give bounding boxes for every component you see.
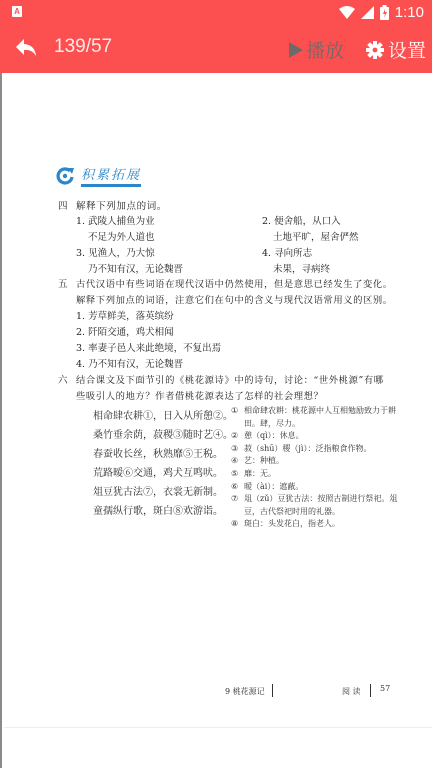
- play-icon: [288, 41, 304, 59]
- q5-item: 4. 乃不知有汉，无论魏晋: [76, 356, 183, 370]
- play-label: 播放: [306, 36, 344, 63]
- q4-item: 2. 便舍船，从口入: [262, 213, 341, 227]
- footer-page-number: 57: [380, 684, 390, 693]
- signal-icon: [361, 6, 374, 19]
- wifi-icon: [339, 6, 355, 19]
- q4-item-sub: 乃不知有汉，无论魏晋: [88, 261, 183, 275]
- footnote: ⑦俎（zǔ）豆犹古法：按照古制进行祭祀。俎: [231, 493, 421, 506]
- q4-item: 3. 见渔人，乃大惊: [76, 245, 155, 259]
- clock: 1:10: [395, 4, 424, 21]
- footnote: ⑥暧（ài）：遮蔽。: [231, 481, 421, 494]
- section-title: 积累拓展: [81, 164, 141, 187]
- battery-icon: [380, 5, 389, 20]
- footnote: ⑧斑白：头发花白，指老人。: [231, 518, 421, 531]
- footnote: ①相命肆农耕：桃花源中人互相勉励致力于耕: [231, 405, 421, 418]
- settings-label: 设置: [388, 36, 426, 63]
- page-bottom-divider: [4, 727, 432, 728]
- q4-item: 1. 武陵人捕鱼为业: [76, 213, 155, 227]
- question-number: 五: [58, 276, 68, 290]
- poem-excerpt: 相命肆农耕①，日入从所憩②。 桑竹垂余荫，菽稷③随时艺④。 春蚕收长丝，秋熟靡⑤…: [93, 407, 233, 521]
- q4-item: 4. 寻向所志: [262, 245, 312, 259]
- footnote: ②憩（qì）：休息。: [231, 430, 421, 443]
- app-bar: 139/57 播放 设置: [0, 24, 432, 73]
- question-prompt: 解释下列加点的词语，注意它们在句中的含义与现代汉语常用义的区别。: [76, 292, 393, 306]
- question-prompt: 些吸引人的地方？作者借桃花源表达了怎样的社会理想？: [76, 388, 323, 402]
- section-refresh-icon: [55, 166, 75, 186]
- footnote: 豆，古代祭祀时用的礼器。: [231, 506, 421, 519]
- q4-item-sub: 土地平旷，屋舍俨然: [273, 229, 359, 243]
- footnote: ③菽（shū）稷（jì）：泛指粮食作物。: [231, 443, 421, 456]
- q5-item: 1. 芳草鲜美，落英缤纷: [76, 308, 174, 322]
- q4-item-sub: 不足为外人道也: [88, 229, 155, 243]
- q5-item: 3. 率妻子邑人来此绝境，不复出焉: [76, 340, 221, 354]
- question-prompt: 结合课文及下面节引的《桃花源诗》中的诗句，讨论：“世外桃源”有哪: [76, 372, 384, 386]
- footer-chapter: 9 桃花源记: [225, 686, 265, 697]
- section-header: 积累拓展: [55, 164, 141, 187]
- reply-arrow-icon: [14, 36, 40, 60]
- notification-icon: A: [12, 6, 22, 17]
- poem-line: 荒路暧⑥交通，鸡犬互鸣吠。: [93, 464, 233, 483]
- footer-unit: 阅 读: [342, 686, 361, 697]
- gear-icon: [366, 41, 384, 59]
- footnote: 田。肆，尽力。: [231, 418, 421, 431]
- question-number: 六: [58, 372, 68, 386]
- footnote: ④艺：种植。: [231, 455, 421, 468]
- q5-item: 2. 阡陌交通，鸡犬相闻: [76, 324, 174, 338]
- poem-line: 童孺纵行歌，斑白⑧欢游诣。: [93, 502, 233, 521]
- settings-button[interactable]: 设置: [366, 36, 426, 63]
- footnote: ⑤靡：无。: [231, 468, 421, 481]
- status-icons: 1:10: [339, 3, 424, 21]
- poem-line: 春蚕收长丝，秋熟靡⑤王税。: [93, 445, 233, 464]
- footer-divider: [272, 684, 273, 697]
- status-bar: A 1:10: [0, 0, 432, 24]
- question-prompt: 解释下列加点的词。: [76, 198, 167, 212]
- page-indicator: 139/57: [54, 36, 112, 58]
- q4-item-sub: 未果，寻病终: [273, 261, 330, 275]
- poem-line: 俎豆犹古法⑦，衣裳无新制。: [93, 483, 233, 502]
- question-prompt: 古代汉语中有些词语在现代汉语中仍然使用，但是意思已经发生了变化。: [76, 276, 393, 290]
- question-number: 四: [58, 198, 68, 212]
- poem-line: 相命肆农耕①，日入从所憩②。: [93, 407, 233, 426]
- footnotes: ①相命肆农耕：桃花源中人互相勉励致力于耕 田。肆，尽力。 ②憩（qì）：休息。 …: [231, 405, 421, 531]
- footer-divider: [370, 684, 371, 697]
- back-button[interactable]: [14, 36, 40, 60]
- poem-line: 桑竹垂余荫，菽稷③随时艺④。: [93, 426, 233, 445]
- play-button[interactable]: 播放: [288, 36, 344, 63]
